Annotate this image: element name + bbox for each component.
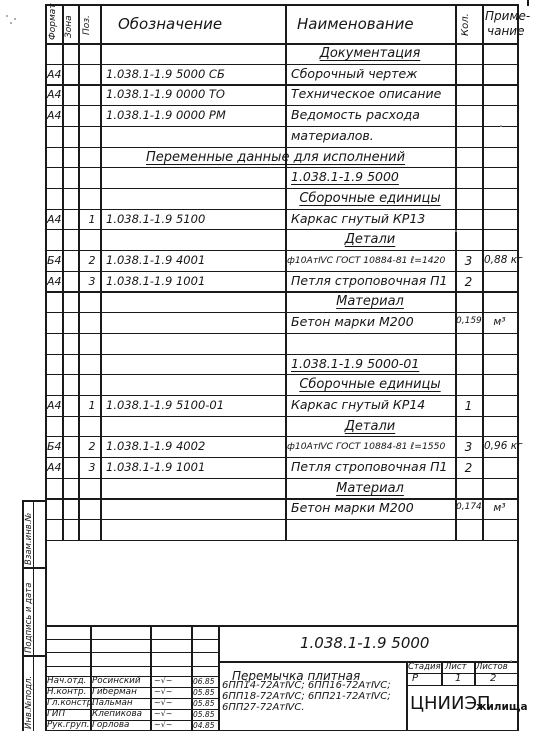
- product-designations: 6ПП14-72АтⅣС; 6ПП16-72АтⅣС;: [222, 681, 391, 691]
- stage-row: [406, 685, 517, 686]
- signer-name: Росинский: [92, 677, 141, 686]
- cell-designation: 1.038.1-1.9 0000 РМ: [106, 110, 226, 122]
- signer-role: Рук.груп.: [47, 721, 90, 730]
- section-title-variants: Переменные данные для исполнений: [146, 151, 405, 164]
- cell-name: Бетон марки М200: [291, 316, 414, 329]
- stage-row: [406, 673, 517, 674]
- stamp-sign-date: Подпись и дата: [24, 583, 34, 653]
- scan-speck: [6, 15, 8, 17]
- titleblock-top: [45, 625, 517, 627]
- cell-format: А4: [47, 69, 62, 80]
- header-pos: Поз.: [82, 15, 92, 35]
- row-rule: [45, 374, 517, 375]
- header-format: Формат: [48, 3, 58, 40]
- stage-label: Стадия: [408, 663, 441, 672]
- signer-date: 05.85: [193, 700, 214, 708]
- cell-pos: 3: [84, 276, 100, 287]
- signer-name: Пальман: [92, 699, 133, 708]
- signer-name: Клепикова: [92, 710, 142, 719]
- signature-scribble: ~√~: [154, 699, 173, 707]
- scan-speck: [333, 385, 335, 387]
- cell-name: Бетон марки М200: [291, 502, 414, 515]
- cell-format: А4: [47, 89, 62, 100]
- cell-name: ф10АтⅣС ГОСТ 10884-81 ℓ=1550: [287, 442, 445, 451]
- titleblock-right: [517, 625, 519, 731]
- titleblock-mid: [218, 661, 517, 663]
- organization-subname: жилища: [476, 702, 528, 713]
- cell-pos: 1: [84, 214, 100, 225]
- cell-qty: 2: [456, 462, 481, 474]
- cell-pos: 3: [84, 462, 100, 473]
- variant-code: 1.038.1-1.9 5000-01: [291, 358, 419, 371]
- titleblock-row: [45, 666, 218, 667]
- cell-name: Петля строповочная П1: [291, 461, 448, 474]
- cell-qty: 3: [456, 255, 481, 267]
- frame-right: [517, 4, 519, 625]
- cell-format: А4: [47, 462, 62, 473]
- header-designation: Обозначение: [118, 17, 222, 32]
- cell-name: Ведомость расхода: [291, 109, 420, 122]
- signature-scribble: ~√~: [154, 710, 173, 718]
- signer-date: 05.85: [193, 689, 214, 697]
- cell-format: А4: [47, 214, 62, 225]
- row-rule: [45, 457, 517, 458]
- section-title: Документация: [293, 47, 447, 60]
- row-rule: [45, 64, 517, 65]
- section-title: Материал: [293, 295, 447, 308]
- signer-name: Горлова: [92, 721, 129, 730]
- cell-qty: 0,174: [456, 503, 481, 512]
- cell-designation: 1.038.1-1.9 5100: [106, 214, 205, 226]
- section-title: Детали: [293, 420, 447, 433]
- cell-format: А4: [47, 110, 62, 121]
- row-rule: [45, 416, 517, 417]
- product-designations: 6ПП27-72АтⅣС.: [222, 703, 305, 713]
- row-rule: [45, 271, 517, 272]
- row-rule: [45, 354, 517, 355]
- cell-note: м³: [484, 503, 515, 514]
- product-designations: 6ПП18-72АтⅣС; 6ПП21-72АтⅣС;: [222, 692, 391, 702]
- cell-designation: 1.038.1-1.9 5000 СБ: [106, 69, 225, 81]
- row-rule: [45, 147, 517, 148]
- cell-designation: 1.038.1-1.9 5100-01: [106, 400, 224, 412]
- header-note: чание: [487, 25, 524, 37]
- cell-name: Техническое описание: [291, 88, 441, 101]
- cell-designation: 1.038.1-1.9 4002: [106, 441, 205, 453]
- row-rule: [45, 519, 517, 520]
- scan-speck: [10, 22, 12, 24]
- stamp-inv-dup: Взам.инв.№: [24, 513, 34, 565]
- cell-qty: 2: [456, 276, 481, 288]
- scan-speck: [14, 18, 16, 20]
- row-rule: [45, 498, 517, 499]
- row-rule: [45, 167, 517, 168]
- header-note: Приме-: [485, 10, 530, 22]
- row-rule: [45, 84, 517, 85]
- row-rule: [45, 395, 517, 396]
- cell-format: Б4: [47, 441, 62, 452]
- sheets-label: Листов: [476, 663, 508, 672]
- cell-format: А4: [47, 276, 62, 287]
- scan-speck: [500, 125, 502, 127]
- row-rule: [45, 333, 517, 334]
- section-title: Сборочные единицы: [293, 378, 447, 391]
- cell-pos: 2: [84, 255, 100, 266]
- signer-role: ГИП: [47, 710, 65, 719]
- cell-designation: 1.038.1-1.9 1001: [106, 462, 205, 474]
- cell-pos: 1: [84, 400, 100, 411]
- titleblock-row: [45, 639, 218, 640]
- sheets-value: 2: [490, 674, 496, 684]
- sheet-label: Лист: [445, 663, 467, 672]
- titleblock-col: [150, 625, 152, 731]
- cell-designation: 1.038.1-1.9 4001: [106, 255, 205, 267]
- scan-speck: [245, 680, 247, 682]
- titleblock-col: [218, 625, 220, 731]
- cell-qty: 1: [456, 400, 481, 412]
- cell-format: А4: [47, 400, 62, 411]
- cell-note: 0,88 кг: [484, 255, 515, 266]
- row-rule: [45, 105, 517, 106]
- row-rule: [45, 209, 517, 210]
- titleblock-row: [45, 652, 218, 653]
- signature-scribble: ~√~: [154, 677, 173, 685]
- row-rule: [45, 126, 517, 127]
- cell-note: м³: [484, 317, 515, 328]
- signature-scribble: ~√~: [154, 688, 173, 696]
- section-title: Детали: [293, 233, 447, 246]
- frame-tick: [527, 0, 529, 6]
- row-rule: [45, 250, 517, 251]
- row-rule: [45, 312, 517, 313]
- cell-pos: 2: [84, 441, 100, 452]
- signer-name: Гиберман: [92, 688, 137, 697]
- row-rule: [45, 229, 517, 230]
- stamp-inv-orig: Инв.№подл.: [24, 676, 34, 729]
- section-title: Материал: [293, 482, 447, 495]
- signer-date: 04.85: [193, 722, 214, 730]
- scan-speck: [455, 230, 457, 232]
- sheet-value: 1: [455, 674, 461, 684]
- row-rule: [45, 478, 517, 479]
- row-rule: [45, 540, 517, 541]
- signer-date: 06.85: [193, 678, 214, 686]
- cell-qty: 0,159: [456, 317, 481, 326]
- cell-designation: 1.038.1-1.9 0000 ТО: [106, 89, 225, 101]
- header-name: Наименование: [297, 17, 414, 32]
- document-code: 1.038.1-1.9 5000: [300, 636, 429, 651]
- signer-role: Нач.отд.: [47, 677, 86, 686]
- section-title: Сборочные единицы: [293, 192, 447, 205]
- signer-date: 05.85: [193, 711, 214, 719]
- cell-name: Петля строповочная П1: [291, 275, 448, 288]
- header-zone: Зона: [64, 15, 74, 38]
- stage-value: Р: [412, 674, 418, 684]
- cell-name: Каркас гнутый КР14: [291, 399, 425, 412]
- cell-name: Сборочный чертеж: [291, 68, 417, 81]
- signer-role: Н.контр.: [47, 688, 86, 697]
- signature-scribble: ~√~: [154, 721, 173, 729]
- cell-name: материалов.: [291, 130, 374, 143]
- cell-qty: 3: [456, 441, 481, 453]
- signer-role: Гл.констр.: [47, 699, 95, 708]
- header-rule: [45, 43, 517, 45]
- header-qty: Кол.: [460, 13, 471, 36]
- cell-format: Б4: [47, 255, 62, 266]
- scan-speck: [510, 660, 512, 662]
- cell-designation: 1.038.1-1.9 1001: [106, 276, 205, 288]
- variant-code: 1.038.1-1.9 5000: [291, 171, 399, 184]
- cell-note: 0,96 кг: [484, 441, 515, 452]
- cell-name: Каркас гнутый КР13: [291, 213, 425, 226]
- frame-top: [45, 4, 517, 6]
- row-rule: [45, 291, 517, 292]
- row-rule: [45, 188, 517, 189]
- cell-name: ф10АтⅣС ГОСТ 10884-81 ℓ=1420: [287, 256, 445, 265]
- row-rule: [45, 436, 517, 437]
